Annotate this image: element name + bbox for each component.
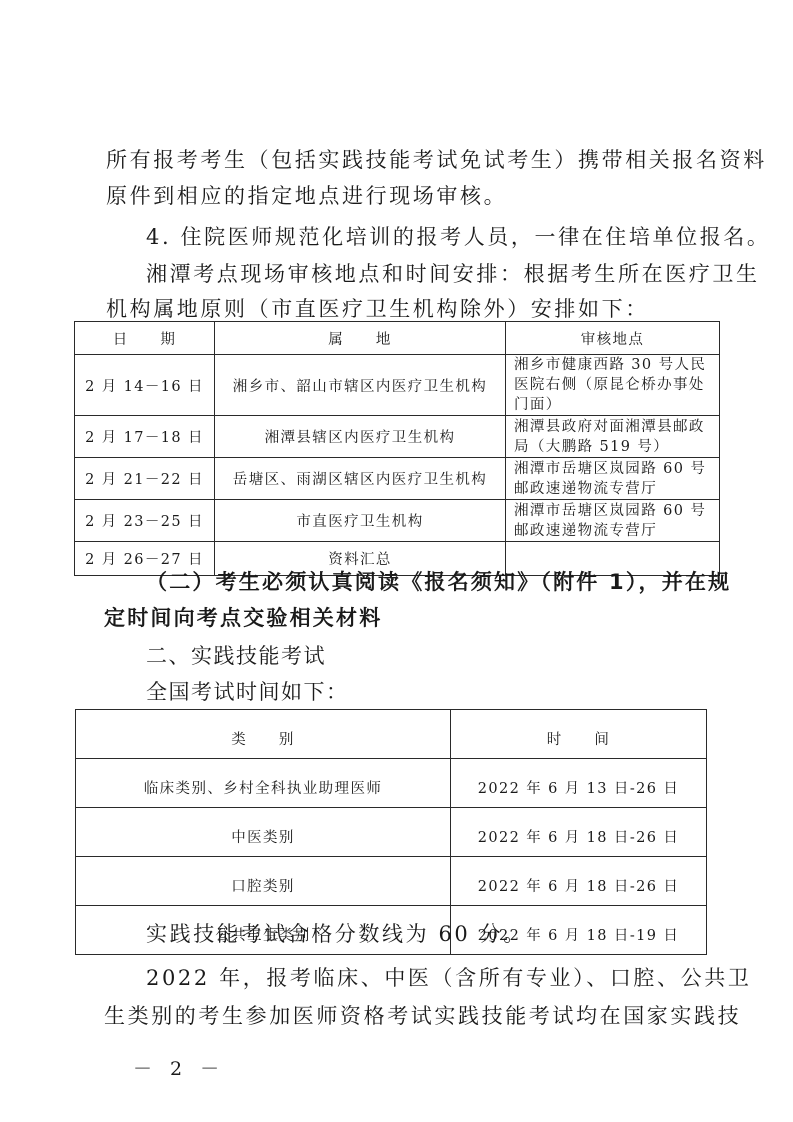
table-row: 2 月 21－22 日 岳塘区、雨湖区辖区内医疗卫生机构 湘潭市岳塘区岚园路 6…: [75, 458, 720, 500]
paragraph-line: 原件到相应的指定地点进行现场审核。: [106, 184, 507, 208]
table-row: 2 月 17－18 日 湘潭县辖区内医疗卫生机构 湘潭县政府对面湘潭县邮政局（大…: [75, 416, 720, 458]
header-category: 类 别: [76, 710, 451, 759]
section-note-line: （二）考生必须认真阅读《报名须知》（附件 1），并在规: [146, 570, 731, 594]
cell-region: 市直医疗卫生机构: [215, 500, 506, 542]
paragraph-line: 所有报考考生（包括实践技能考试免试考生）携带相关报名资料: [106, 148, 767, 172]
cell-time: 2022 年 6 月 13 日-26 日: [451, 759, 707, 808]
cell-category: 口腔类别: [76, 857, 451, 906]
cell-date: 2 月 17－18 日: [75, 416, 215, 458]
paragraph-line: 生类别的考生参加医师资格考试实践技能考试均在国家实践技: [104, 1004, 741, 1028]
cell-region: 岳塘区、雨湖区辖区内医疗卫生机构: [215, 458, 506, 500]
cell-region: 湘潭县辖区内医疗卫生机构: [215, 416, 506, 458]
cell-location: 湘潭县政府对面湘潭县邮政局（大鹏路 519 号）: [506, 416, 720, 458]
header-region: 属 地: [215, 322, 506, 355]
section-note-line: 定时间向考点交验相关材料: [104, 606, 382, 630]
cell-region: 湘乡市、韶山市辖区内医疗卫生机构: [215, 355, 506, 416]
cell-time: 2022 年 6 月 18 日-26 日: [451, 857, 707, 906]
paragraph-line: 湘潭考点现场审核地点和时间安排：根据考生所在医疗卫生: [146, 262, 760, 286]
cell-location: 湘乡市健康西路 30 号人民医院右侧（原昆仑桥办事处门面）: [506, 355, 720, 416]
table-header-row: 日 期 属 地 审核地点: [75, 322, 720, 355]
cell-date: 2 月 21－22 日: [75, 458, 215, 500]
paragraph-line: 2022 年，报考临床、中医（含所有专业）、口腔、公共卫: [146, 966, 751, 990]
cell-date: 2 月 23－25 日: [75, 500, 215, 542]
table-row: 2 月 14－16 日 湘乡市、韶山市辖区内医疗卫生机构 湘乡市健康西路 30 …: [75, 355, 720, 416]
table-header-row: 类 别 时 间: [76, 710, 707, 759]
header-time: 时 间: [451, 710, 707, 759]
cell-date: 2 月 14－16 日: [75, 355, 215, 416]
review-schedule-table: 日 期 属 地 审核地点 2 月 14－16 日 湘乡市、韶山市辖区内医疗卫生机…: [74, 321, 720, 576]
cell-category: 中医类别: [76, 808, 451, 857]
table-row: 口腔类别 2022 年 6 月 18 日-26 日: [76, 857, 707, 906]
exam-schedule-table: 类 别 时 间 临床类别、乡村全科执业助理医师 2022 年 6 月 13 日-…: [75, 709, 707, 955]
cell-location: 湘潭市岳塘区岚园路 60 号邮政速递物流专营厅: [506, 500, 720, 542]
header-location: 审核地点: [506, 322, 720, 355]
table-row: 临床类别、乡村全科执业助理医师 2022 年 6 月 13 日-26 日: [76, 759, 707, 808]
table-row: 中医类别 2022 年 6 月 18 日-26 日: [76, 808, 707, 857]
paragraph-line: 4. 住院医师规范化培训的报考人员，一律在住培单位报名。: [146, 225, 771, 249]
section-intro: 全国考试时间如下：: [146, 680, 349, 704]
header-date: 日 期: [75, 322, 215, 355]
section-heading: 二、实践技能考试: [146, 644, 326, 668]
table-row: 2 月 23－25 日 市直医疗卫生机构 湘潭市岳塘区岚园路 60 号邮政速递物…: [75, 500, 720, 542]
paragraph-line: 机构属地原则（市直医疗卫生机构除外）安排如下：: [106, 297, 649, 321]
cell-location: 湘潭市岳塘区岚园路 60 号邮政速递物流专营厅: [506, 458, 720, 500]
page-number: － 2 －: [133, 1054, 225, 1081]
cell-category: 临床类别、乡村全科执业助理医师: [76, 759, 451, 808]
cell-time: 2022 年 6 月 18 日-26 日: [451, 808, 707, 857]
paragraph-line: 实践技能考试合格分数线为 60 分。: [146, 922, 527, 946]
